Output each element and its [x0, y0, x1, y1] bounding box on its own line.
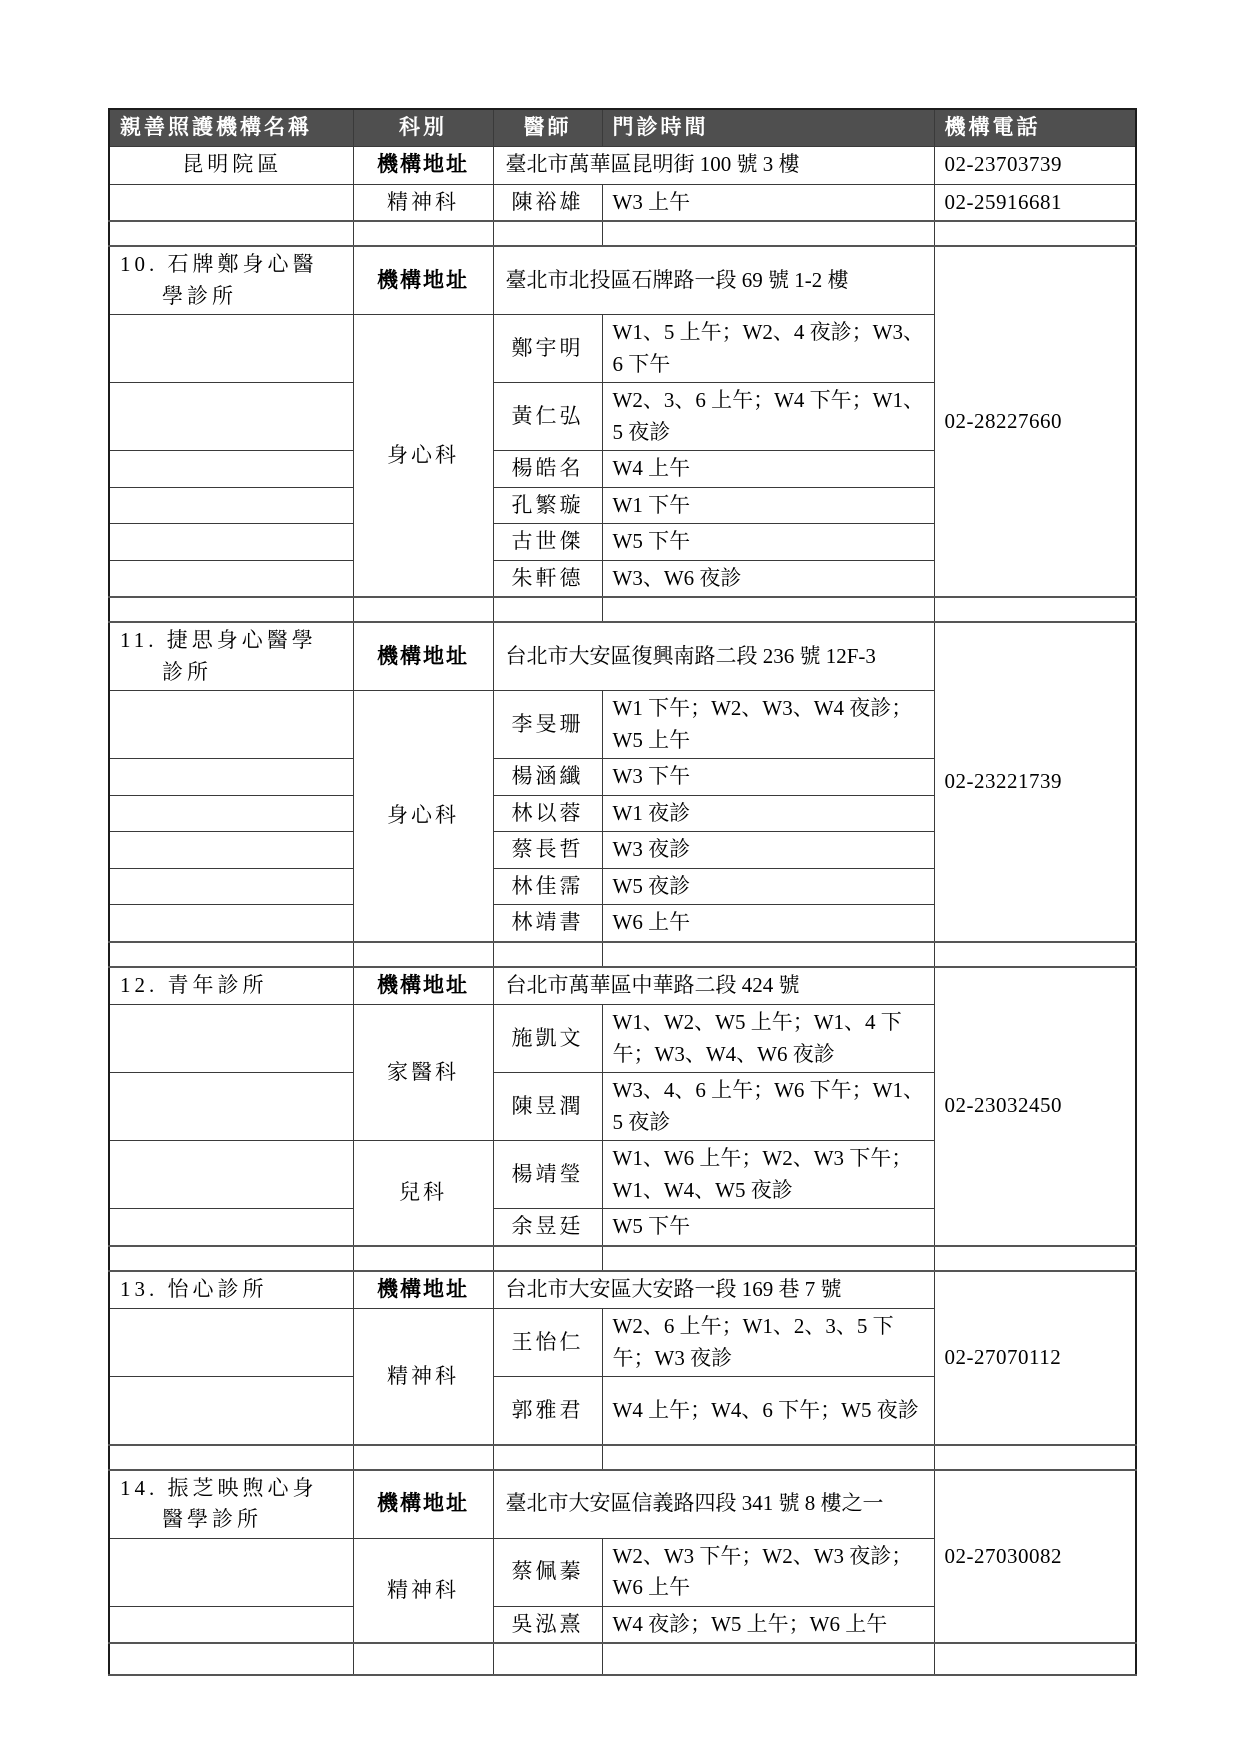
empty-name-cell — [109, 1538, 353, 1606]
empty-cell — [109, 1445, 353, 1470]
empty-cell — [493, 597, 602, 622]
doctor-name-cell: 楊涵纖 — [493, 759, 602, 796]
hours-cell: W3、W6 夜診 — [602, 560, 934, 597]
header-institution-name: 親善照護機構名稱 — [109, 109, 353, 146]
hours-cell: W4 夜診；W5 上午；W6 上午 — [602, 1606, 934, 1643]
header-doctor: 醫師 — [493, 109, 602, 146]
section-phone-cell: 02-23221739 — [934, 622, 1136, 942]
empty-cell — [353, 942, 493, 967]
hours-cell: W3 下午 — [602, 759, 934, 796]
empty-cell — [934, 1643, 1136, 1675]
doctor-name-cell: 黃仁弘 — [493, 383, 602, 451]
empty-name-cell — [109, 1606, 353, 1643]
separator-row — [109, 597, 1136, 622]
doctor-name-cell: 林靖書 — [493, 905, 602, 942]
hours-cell: W1、W2、W5 上午；W1、4 下午；W3、W4、W6 夜診 — [602, 1005, 934, 1073]
phone-cell: 02-25916681 — [934, 184, 1136, 221]
hours-cell: W4 上午；W4、6 下午；W5 夜診 — [602, 1377, 934, 1445]
address-cell: 台北市大安區大安路一段 169 巷 7 號 — [493, 1271, 934, 1309]
empty-cell — [353, 1643, 493, 1675]
section-phone-cell: 02-28227660 — [934, 246, 1136, 597]
empty-cell — [493, 1445, 602, 1470]
institution-name-line: 診所 — [162, 657, 345, 689]
separator-row — [109, 1246, 1136, 1271]
empty-cell — [353, 221, 493, 246]
hours-cell: W1 夜診 — [602, 795, 934, 832]
header-department: 科別 — [353, 109, 493, 146]
hours-cell: W1、W6 上午；W2、W3 下午；W1、W4、W5 夜診 — [602, 1141, 934, 1209]
doctor-name-cell: 楊靖瑩 — [493, 1141, 602, 1209]
hours-cell: W1 下午；W2、W3、W4 夜診；W5 上午 — [602, 691, 934, 759]
empty-cell — [602, 942, 934, 967]
department-cell: 身心科 — [353, 315, 493, 598]
institution-name-line: 11. 捷思身心醫學 — [120, 625, 345, 657]
empty-name-cell — [109, 1073, 353, 1141]
empty-cell — [493, 942, 602, 967]
doctor-name-cell: 林佳霈 — [493, 868, 602, 905]
section-phone-cell: 02-27030082 — [934, 1470, 1136, 1644]
institution-name-line: 學診所 — [162, 281, 345, 313]
header-phone: 機構電話 — [934, 109, 1136, 146]
empty-name-cell — [109, 1377, 353, 1445]
separator-row — [109, 942, 1136, 967]
doctor-name-cell: 陳裕雄 — [493, 184, 602, 221]
address-label-cell: 機構地址 — [353, 1271, 493, 1309]
document-page: 親善照護機構名稱 科別 醫師 門診時間 機構電話 昆明院區機構地址臺北市萬華區昆… — [0, 0, 1241, 1755]
empty-cell — [934, 1445, 1136, 1470]
empty-cell — [353, 597, 493, 622]
empty-cell — [934, 942, 1136, 967]
address-label-cell: 機構地址 — [353, 967, 493, 1005]
separator-row — [109, 1445, 1136, 1470]
empty-name-cell — [109, 691, 353, 759]
hours-cell: W2、6 上午；W1、2、3、5 下午；W3 夜診 — [602, 1309, 934, 1377]
empty-name-cell — [109, 795, 353, 832]
hours-cell: W2、3、6 上午；W4 下午；W1、5 夜診 — [602, 383, 934, 451]
empty-name-cell — [109, 184, 353, 221]
department-cell: 精神科 — [353, 1538, 493, 1643]
empty-name-cell — [109, 315, 353, 383]
doctor-name-cell: 郭雅君 — [493, 1377, 602, 1445]
department-cell: 精神科 — [353, 184, 493, 221]
empty-cell — [602, 1643, 934, 1675]
empty-cell — [934, 221, 1136, 246]
institution-name-line: 醫學診所 — [162, 1504, 345, 1536]
separator-row — [109, 1643, 1136, 1675]
section-address-row: 12. 青年診所機構地址台北市萬華區中華路二段 424 號02-23032450 — [109, 967, 1136, 1005]
empty-cell — [493, 221, 602, 246]
empty-cell — [493, 1643, 602, 1675]
hours-cell: W5 下午 — [602, 524, 934, 561]
empty-cell — [109, 221, 353, 246]
doctor-name-cell: 陳昱潤 — [493, 1073, 602, 1141]
institution-name-cell: 10. 石牌鄭身心醫學診所 — [109, 246, 353, 315]
separator-row — [109, 221, 1136, 246]
section-phone-cell: 02-27070112 — [934, 1271, 1136, 1445]
section-address-row: 11. 捷思身心醫學診所機構地址台北市大安區復興南路二段 236 號 12F-3… — [109, 622, 1136, 691]
empty-cell — [353, 1445, 493, 1470]
address-label-cell: 機構地址 — [353, 622, 493, 691]
hours-cell: W4 上午 — [602, 451, 934, 488]
hours-cell: W2、W3 下午；W2、W3 夜診；W6 上午 — [602, 1538, 934, 1606]
care-institutions-table: 親善照護機構名稱 科別 醫師 門診時間 機構電話 昆明院區機構地址臺北市萬華區昆… — [108, 108, 1137, 1676]
table-header-row: 親善照護機構名稱 科別 醫師 門診時間 機構電話 — [109, 109, 1136, 146]
department-cell: 家醫科 — [353, 1005, 493, 1141]
hours-cell: W5 夜診 — [602, 868, 934, 905]
hours-cell: W3 上午 — [602, 184, 934, 221]
empty-cell — [602, 221, 934, 246]
institution-name-line: 10. 石牌鄭身心醫 — [120, 249, 345, 281]
institution-name-cell: 11. 捷思身心醫學診所 — [109, 622, 353, 691]
institution-name-line: 14. 振芝映煦心身 — [120, 1473, 345, 1505]
address-cell: 台北市萬華區中華路二段 424 號 — [493, 967, 934, 1005]
phone-cell: 02-23703739 — [934, 146, 1136, 184]
doctor-name-cell: 施凱文 — [493, 1005, 602, 1073]
address-cell: 臺北市北投區石牌路一段 69 號 1-2 樓 — [493, 246, 934, 315]
doctor-name-cell: 余昱廷 — [493, 1209, 602, 1246]
hours-cell: W1 下午 — [602, 487, 934, 524]
doctor-name-cell: 吳泓熹 — [493, 1606, 602, 1643]
address-label-cell: 機構地址 — [353, 146, 493, 184]
hours-cell: W3、4、6 上午；W6 下午；W1、5 夜診 — [602, 1073, 934, 1141]
empty-cell — [934, 597, 1136, 622]
address-cell: 台北市大安區復興南路二段 236 號 12F-3 — [493, 622, 934, 691]
empty-name-cell — [109, 560, 353, 597]
empty-name-cell — [109, 1309, 353, 1377]
address-cell: 臺北市萬華區昆明街 100 號 3 樓 — [493, 146, 934, 184]
empty-cell — [109, 597, 353, 622]
doctor-name-cell: 孔繁璇 — [493, 487, 602, 524]
address-label-cell: 機構地址 — [353, 246, 493, 315]
empty-name-cell — [109, 487, 353, 524]
section-phone-cell: 02-23032450 — [934, 967, 1136, 1246]
hours-cell: W6 上午 — [602, 905, 934, 942]
empty-name-cell — [109, 1141, 353, 1209]
institution-name-line: 13. 怡心診所 — [120, 1274, 345, 1306]
institution-name-cell: 14. 振芝映煦心身醫學診所 — [109, 1470, 353, 1539]
institution-name-cell: 13. 怡心診所 — [109, 1271, 353, 1309]
doctor-name-cell: 蔡長哲 — [493, 832, 602, 869]
header-hours: 門診時間 — [602, 109, 934, 146]
empty-name-cell — [109, 868, 353, 905]
institution-name-cell: 昆明院區 — [109, 146, 353, 184]
empty-cell — [602, 597, 934, 622]
doctor-name-cell: 蔡佩蓁 — [493, 1538, 602, 1606]
doctor-name-cell: 古世傑 — [493, 524, 602, 561]
doctor-row: 精神科陳裕雄W3 上午02-25916681 — [109, 184, 1136, 221]
institution-name-line: 12. 青年診所 — [120, 970, 345, 1002]
empty-cell — [109, 1246, 353, 1271]
department-cell: 精神科 — [353, 1309, 493, 1445]
hours-cell: W1、5 上午；W2、4 夜診；W3、6 下午 — [602, 315, 934, 383]
empty-name-cell — [109, 451, 353, 488]
empty-cell — [602, 1445, 934, 1470]
empty-cell — [353, 1246, 493, 1271]
section-address-row: 14. 振芝映煦心身醫學診所機構地址臺北市大安區信義路四段 341 號 8 樓之… — [109, 1470, 1136, 1539]
section-address-row: 昆明院區機構地址臺北市萬華區昆明街 100 號 3 樓02-23703739 — [109, 146, 1136, 184]
address-cell: 臺北市大安區信義路四段 341 號 8 樓之一 — [493, 1470, 934, 1539]
doctor-name-cell: 林以蓉 — [493, 795, 602, 832]
empty-name-cell — [109, 1209, 353, 1246]
doctor-name-cell: 李旻珊 — [493, 691, 602, 759]
department-cell: 身心科 — [353, 691, 493, 942]
empty-name-cell — [109, 383, 353, 451]
department-cell: 兒科 — [353, 1141, 493, 1246]
doctor-name-cell: 朱軒德 — [493, 560, 602, 597]
empty-cell — [109, 1643, 353, 1675]
empty-cell — [934, 1246, 1136, 1271]
doctor-name-cell: 鄭宇明 — [493, 315, 602, 383]
empty-cell — [602, 1246, 934, 1271]
address-label-cell: 機構地址 — [353, 1470, 493, 1539]
empty-name-cell — [109, 832, 353, 869]
section-address-row: 10. 石牌鄭身心醫學診所機構地址臺北市北投區石牌路一段 69 號 1-2 樓0… — [109, 246, 1136, 315]
hours-cell: W3 夜診 — [602, 832, 934, 869]
institution-name-line: 昆明院區 — [120, 149, 345, 181]
empty-cell — [109, 942, 353, 967]
empty-cell — [493, 1246, 602, 1271]
doctor-name-cell: 王怡仁 — [493, 1309, 602, 1377]
empty-name-cell — [109, 759, 353, 796]
doctor-name-cell: 楊皓名 — [493, 451, 602, 488]
empty-name-cell — [109, 1005, 353, 1073]
institution-name-cell: 12. 青年診所 — [109, 967, 353, 1005]
hours-cell: W5 下午 — [602, 1209, 934, 1246]
empty-name-cell — [109, 905, 353, 942]
section-address-row: 13. 怡心診所機構地址台北市大安區大安路一段 169 巷 7 號02-2707… — [109, 1271, 1136, 1309]
empty-name-cell — [109, 524, 353, 561]
